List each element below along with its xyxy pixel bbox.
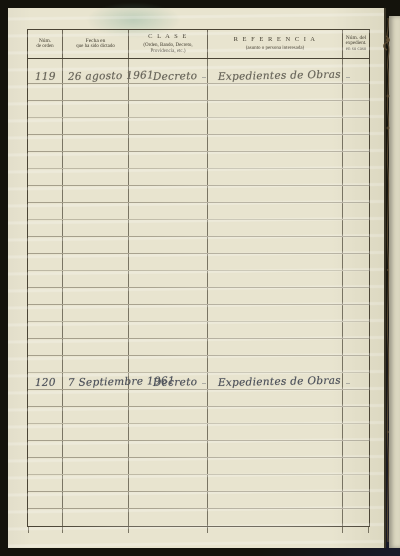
cell-clase — [129, 101, 208, 117]
cell-fecha — [63, 84, 129, 100]
cell-clase — [129, 305, 208, 321]
cell-clase — [129, 220, 208, 236]
cell-num — [28, 254, 63, 270]
adjacent-page-edge — [389, 16, 400, 548]
cell-referencia — [208, 322, 343, 338]
table-row — [28, 254, 369, 271]
cell-fecha — [63, 271, 129, 287]
column-line-overshoot — [28, 526, 369, 534]
cell-expediente — [343, 254, 369, 270]
cell-fecha — [63, 305, 129, 321]
cell-referencia — [208, 458, 343, 474]
cell-fecha — [63, 390, 129, 406]
header-title: Núm. — [39, 38, 51, 45]
cell-expediente — [343, 373, 369, 389]
cell-clase — [129, 458, 208, 474]
cell-fecha — [63, 424, 129, 440]
handwritten-fecha: 26 agosto 1961 — [68, 70, 154, 82]
cell-fecha — [63, 441, 129, 457]
cell-fecha — [63, 101, 129, 117]
header-num-orden: Núm. de orden — [28, 30, 63, 58]
table-row: 11926 agosto 1961DecretoExpedientes de O… — [28, 59, 369, 84]
cell-referencia — [208, 118, 343, 134]
cell-expediente — [343, 118, 369, 134]
table-body: 11926 agosto 1961DecretoExpedientes de O… — [28, 59, 369, 526]
cell-referencia — [208, 424, 343, 440]
table-row — [28, 356, 369, 373]
cell-expediente — [343, 492, 369, 508]
cell-referencia — [208, 186, 343, 202]
cell-num — [28, 101, 63, 117]
table-row — [28, 135, 369, 152]
handwritten-clase: Decreto — [153, 377, 198, 388]
table-row — [28, 492, 369, 509]
scan-background: { "colors": { "background": "#14130c", "… — [0, 0, 400, 556]
cell-clase — [129, 169, 208, 185]
table-row — [28, 84, 369, 101]
cell-expediente — [343, 458, 369, 474]
cell-num — [28, 322, 63, 338]
pen-filler-line — [202, 383, 206, 384]
header-referencia: R E F E R E N C I A (asunto o persona in… — [208, 30, 343, 58]
table-row — [28, 203, 369, 220]
table-row — [28, 475, 369, 492]
cell-num — [28, 475, 63, 491]
cell-clase — [129, 492, 208, 508]
cell-clase — [129, 424, 208, 440]
header-subtitle: (Orden, Bando, Decreto, Providencia, etc… — [132, 43, 204, 55]
cell-num — [28, 390, 63, 406]
table-row — [28, 509, 369, 526]
cell-clase — [129, 339, 208, 355]
cell-clase — [129, 237, 208, 253]
cell-fecha — [63, 118, 129, 134]
cell-referencia — [208, 101, 343, 117]
cell-expediente — [343, 220, 369, 236]
table-row — [28, 220, 369, 237]
cell-expediente — [343, 288, 369, 304]
cell-referencia — [208, 305, 343, 321]
cell-expediente — [343, 169, 369, 185]
cell-fecha — [63, 288, 129, 304]
cell-referencia — [208, 492, 343, 508]
table-row — [28, 424, 369, 441]
cell-fecha — [63, 458, 129, 474]
cell-expediente — [343, 356, 369, 372]
table-row — [28, 305, 369, 322]
cell-num — [28, 407, 63, 423]
cell-fecha — [63, 356, 129, 372]
cell-referencia — [208, 509, 343, 526]
cell-num — [28, 186, 63, 202]
header-title: C L A S E — [148, 33, 188, 41]
cell-num — [28, 84, 63, 100]
header-subtitle: de orden — [36, 44, 53, 50]
cell-num — [28, 356, 63, 372]
cell-num: 119 — [28, 59, 63, 83]
cell-num — [28, 271, 63, 287]
cell-referencia — [208, 475, 343, 491]
cell-fecha — [63, 169, 129, 185]
cell-clase — [129, 288, 208, 304]
cell-referencia — [208, 441, 343, 457]
cell-num — [28, 509, 63, 526]
cell-num — [28, 220, 63, 236]
header-num-expediente: Núm. del expedient. en su caso — [343, 30, 369, 58]
cell-clase — [129, 322, 208, 338]
cell-referencia — [208, 271, 343, 287]
cell-referencia — [208, 220, 343, 236]
header-subtitle: expedient. en su caso — [344, 41, 368, 53]
cell-expediente — [343, 84, 369, 100]
cell-clase — [129, 509, 208, 526]
cell-expediente — [343, 203, 369, 219]
cell-clase — [129, 441, 208, 457]
cell-clase — [129, 118, 208, 134]
cell-clase — [129, 356, 208, 372]
table-row: 1207 Septiembre 1961DecretoExpedientes d… — [28, 373, 369, 390]
cell-fecha — [63, 186, 129, 202]
table-row — [28, 390, 369, 407]
cell-num — [28, 305, 63, 321]
header-title: Fecha en — [86, 38, 106, 45]
cell-num — [28, 458, 63, 474]
cell-referencia — [208, 356, 343, 372]
cell-expediente — [343, 441, 369, 457]
cell-referencia — [208, 407, 343, 423]
header-fecha: Fecha en que ha sido dictado — [63, 30, 129, 58]
cell-expediente — [343, 475, 369, 491]
handwritten-clase: Decreto — [153, 71, 198, 82]
cell-num — [28, 339, 63, 355]
cell-fecha — [63, 237, 129, 253]
cell-clase — [129, 186, 208, 202]
cell-referencia — [208, 339, 343, 355]
cell-expediente — [343, 305, 369, 321]
cell-expediente — [343, 135, 369, 151]
cell-referencia — [208, 237, 343, 253]
cell-expediente — [343, 237, 369, 253]
cell-expediente — [343, 322, 369, 338]
cell-fecha — [63, 135, 129, 151]
header-subtitle: (asunto o persona interesada) — [246, 46, 304, 52]
cell-clase — [129, 390, 208, 406]
table-row — [28, 152, 369, 169]
register-table: Núm. de orden Fecha en que ha sido dicta… — [27, 29, 370, 527]
cell-fecha — [63, 152, 129, 168]
cell-expediente — [343, 424, 369, 440]
cell-num — [28, 492, 63, 508]
cell-referencia — [208, 288, 343, 304]
cell-expediente — [343, 339, 369, 355]
cell-referencia: Expedientes de Obras — [208, 373, 343, 389]
table-row — [28, 237, 369, 254]
table-row — [28, 271, 369, 288]
header-title: R E F E R E N C I A — [234, 36, 317, 44]
table-header-row: Núm. de orden Fecha en que ha sido dicta… — [28, 30, 369, 59]
cell-clase — [129, 254, 208, 270]
cell-num — [28, 424, 63, 440]
cell-fecha — [63, 339, 129, 355]
table-row — [28, 288, 369, 305]
header-subtitle: que ha sido dictado — [76, 44, 115, 50]
cell-clase — [129, 135, 208, 151]
cell-expediente — [343, 271, 369, 287]
header-title: Núm. del — [346, 35, 366, 42]
cell-fecha — [63, 254, 129, 270]
cell-referencia — [208, 390, 343, 406]
cell-fecha — [63, 322, 129, 338]
cell-fecha: 7 Septiembre 1961 — [63, 373, 129, 389]
cell-referencia — [208, 203, 343, 219]
cell-clase — [129, 84, 208, 100]
cell-referencia — [208, 169, 343, 185]
table-row — [28, 101, 369, 118]
cell-referencia — [208, 152, 343, 168]
handwritten-referencia: Expedientes de Obras — [218, 375, 341, 388]
cell-clase — [129, 203, 208, 219]
cell-referencia: Expedientes de Obras — [208, 59, 343, 83]
cell-clase — [129, 271, 208, 287]
cell-num — [28, 441, 63, 457]
table-row — [28, 407, 369, 424]
header-clase: C L A S E (Orden, Bando, Decreto, Provid… — [129, 30, 208, 58]
table-row — [28, 441, 369, 458]
cell-fecha — [63, 492, 129, 508]
cell-expediente — [343, 59, 369, 83]
cell-referencia — [208, 254, 343, 270]
cell-fecha — [63, 407, 129, 423]
cell-clase — [129, 152, 208, 168]
cell-expediente — [343, 152, 369, 168]
cell-fecha — [63, 475, 129, 491]
cell-expediente — [343, 101, 369, 117]
pen-filler-line — [202, 77, 206, 78]
cell-referencia — [208, 84, 343, 100]
table-row — [28, 339, 369, 356]
ledger-page: Núm. de orden Fecha en que ha sido dicta… — [8, 8, 386, 548]
handwritten-num: 119 — [34, 71, 55, 82]
table-row — [28, 169, 369, 186]
cell-fecha: 26 agosto 1961 — [63, 59, 129, 83]
cell-num — [28, 169, 63, 185]
cell-num — [28, 288, 63, 304]
cell-expediente — [343, 390, 369, 406]
cell-expediente — [343, 509, 369, 526]
table-row — [28, 458, 369, 475]
cell-fecha — [63, 220, 129, 236]
cell-num: 120 — [28, 373, 63, 389]
table-row — [28, 118, 369, 135]
handwritten-referencia: Expedientes de Obras — [218, 69, 341, 82]
handwritten-num: 120 — [34, 377, 55, 388]
cell-num — [28, 118, 63, 134]
cell-expediente — [343, 407, 369, 423]
cell-referencia — [208, 135, 343, 151]
table-row — [28, 322, 369, 339]
table-row — [28, 186, 369, 203]
cell-clase — [129, 407, 208, 423]
cell-fecha — [63, 203, 129, 219]
cell-num — [28, 152, 63, 168]
cell-fecha — [63, 509, 129, 526]
cell-num — [28, 203, 63, 219]
cell-clase — [129, 475, 208, 491]
cell-expediente — [343, 186, 369, 202]
cell-num — [28, 237, 63, 253]
cell-num — [28, 135, 63, 151]
